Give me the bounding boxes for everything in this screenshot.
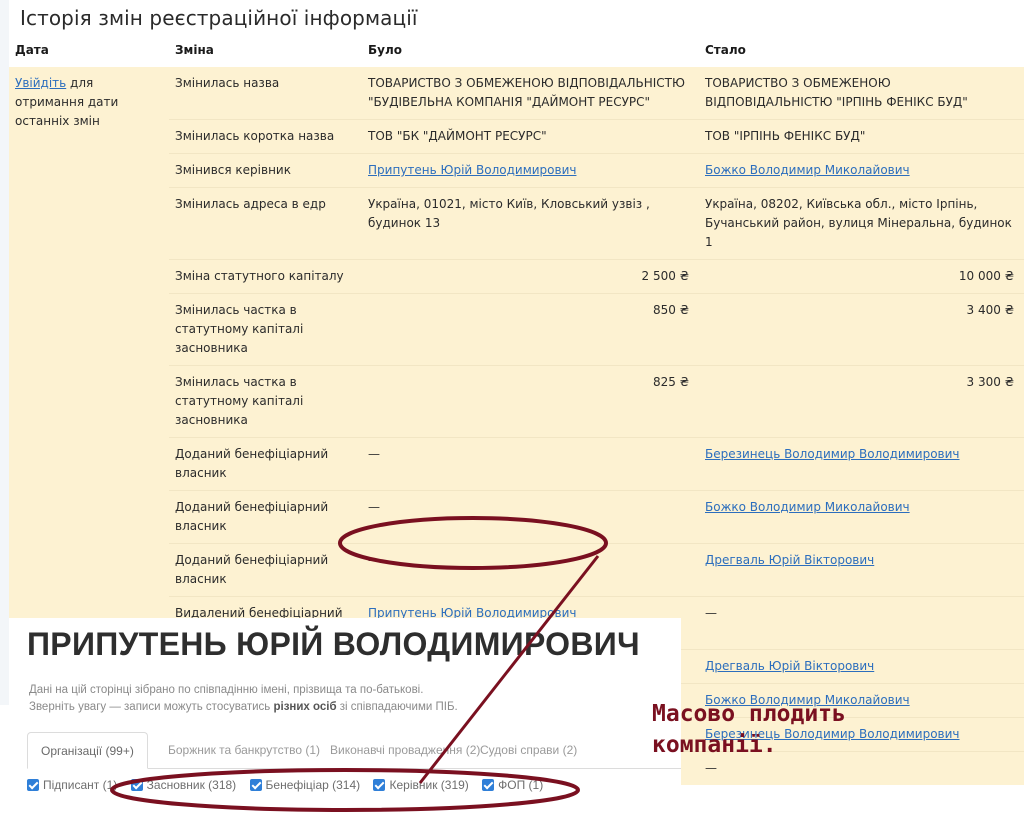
registration-history-section: Історія змін реєстраційної інформації Да…	[0, 0, 1024, 705]
name-match-note: Дані на цій сторінці зібрано по співпаді…	[29, 682, 458, 716]
filter-director-checkbox[interactable]: Керівник (319)	[373, 778, 468, 792]
change-type-cell: Змінився керівник	[169, 154, 362, 188]
role-filters: Підписант (1) Засновник (318) Бенефіціар…	[27, 778, 553, 794]
person-profile-panel: ПРИПУТЕНЬ ЮРІЙ ВОЛОДИМИРОВИЧ Дані на цій…	[9, 618, 681, 813]
table-row: Увійдіть для отримання дати останніх змі…	[9, 67, 1024, 120]
change-type-cell: Змінилась назва	[169, 67, 362, 120]
empty-value-dash: —	[368, 553, 380, 567]
before-value-cell: Україна, 01021, місто Київ, Кловський уз…	[362, 188, 699, 260]
after-value-cell: 3 300 ₴	[699, 366, 1024, 438]
checkbox-checked-icon[interactable]	[250, 779, 262, 791]
note-line-2: Зверніть увагу — записи можуть стосувати…	[29, 699, 458, 716]
filter-label: Керівник (319)	[389, 778, 468, 792]
filter-beneficiary-checkbox[interactable]: Бенефіціар (314)	[250, 778, 361, 792]
after-value-cell: ТОВ "ІРПІНЬ ФЕНІКС БУД"	[699, 120, 1024, 154]
checkbox-checked-icon[interactable]	[482, 779, 494, 791]
person-link[interactable]: Припутень Юрій Володимирович	[368, 163, 576, 177]
before-value-cell: ТОВАРИСТВО З ОБМЕЖЕНОЮ ВІДПОВІДАЛЬНІСТЮ …	[362, 67, 699, 120]
filter-fop-checkbox[interactable]: ФОП (1)	[482, 778, 543, 792]
person-link[interactable]: Дрегваль Юрій Вікторович	[705, 553, 874, 567]
checkbox-checked-icon[interactable]	[373, 779, 385, 791]
before-value-cell: —	[362, 544, 699, 597]
after-value-cell: —	[699, 597, 1024, 650]
before-value-cell: Припутень Юрій Володимирович	[362, 154, 699, 188]
after-value-cell: Божко Володимир Миколайович	[699, 491, 1024, 544]
profile-tabs: Організації (99+) Боржник та банкрутство…	[27, 732, 681, 769]
person-name: ПРИПУТЕНЬ ЮРІЙ ВОЛОДИМИРОВИЧ	[27, 626, 640, 663]
after-value-cell: Україна, 08202, Київська обл., місто Ірп…	[699, 188, 1024, 260]
before-value-cell: 850 ₴	[362, 294, 699, 366]
column-header-after: Стало	[699, 38, 1024, 67]
after-value-cell: Дрегваль Юрій Вікторович	[699, 650, 1024, 684]
change-type-cell: Доданий бенефіціарний власник	[169, 544, 362, 597]
before-value-cell: —	[362, 438, 699, 491]
history-title: Історія змін реєстраційної інформації	[20, 6, 418, 30]
annotation-line-1: Масово плодить	[652, 699, 846, 730]
column-header-before: Було	[362, 38, 699, 67]
note-emphasis: різних осіб	[273, 701, 336, 713]
person-link[interactable]: Божко Володимир Миколайович	[705, 500, 910, 514]
empty-value-dash: —	[705, 761, 717, 775]
after-value-cell: Березинець Володимир Володимирович	[699, 438, 1024, 491]
table-header-row: Дата Зміна Було Стало	[9, 38, 1024, 67]
before-value-cell: ТОВ "БК "ДАЙМОНТ РЕСУРС"	[362, 120, 699, 154]
change-type-cell: Змінилась адреса в едр	[169, 188, 362, 260]
change-type-cell: Змінилась коротка назва	[169, 120, 362, 154]
annotation-caption: Масово плодитькомпанії.	[652, 699, 846, 761]
column-header-date: Дата	[9, 38, 169, 67]
filter-label: Підписант (1)	[43, 778, 117, 792]
person-link[interactable]: Божко Володимир Миколайович	[705, 163, 910, 177]
filter-signatory-checkbox[interactable]: Підписант (1)	[27, 778, 117, 792]
before-value-cell: —	[362, 491, 699, 544]
after-value-cell: Дрегваль Юрій Вікторович	[699, 544, 1024, 597]
date-cell-login-prompt: Увійдіть для отримання дати останніх змі…	[9, 67, 169, 650]
checkbox-checked-icon[interactable]	[131, 779, 143, 791]
after-value-cell: 10 000 ₴	[699, 260, 1024, 294]
column-header-change: Зміна	[169, 38, 362, 67]
person-link[interactable]: Дрегваль Юрій Вікторович	[705, 659, 874, 673]
person-link[interactable]: Березинець Володимир Володимирович	[705, 447, 960, 461]
filter-label: Засновник (318)	[147, 778, 237, 792]
note-line-1: Дані на цій сторінці зібрано по співпаді…	[29, 682, 458, 699]
change-type-cell: Доданий бенефіціарний власник	[169, 491, 362, 544]
change-type-cell: Змінилась частка в статутному капіталі з…	[169, 294, 362, 366]
empty-value-dash: —	[705, 606, 717, 620]
checkbox-checked-icon[interactable]	[27, 779, 39, 791]
after-value-cell: 3 400 ₴	[699, 294, 1024, 366]
annotation-line-2: компанії.	[652, 730, 846, 761]
tab-organizations[interactable]: Організації (99+)	[27, 732, 148, 769]
change-type-cell: Доданий бенефіціарний власник	[169, 438, 362, 491]
before-value-cell: 825 ₴	[362, 366, 699, 438]
tab-court-cases[interactable]: Судові справи (2)	[467, 732, 590, 768]
filter-label: ФОП (1)	[498, 778, 543, 792]
change-type-cell: Змінилась частка в статутному капіталі з…	[169, 366, 362, 438]
before-value-cell: 2 500 ₴	[362, 260, 699, 294]
change-type-cell: Зміна статутного капіталу	[169, 260, 362, 294]
note-text: Зверніть увагу — записи можуть стосувати…	[29, 701, 273, 713]
after-value-cell: Божко Володимир Миколайович	[699, 154, 1024, 188]
empty-value-dash: —	[368, 500, 380, 514]
filter-founder-checkbox[interactable]: Засновник (318)	[131, 778, 237, 792]
after-value-cell: ТОВАРИСТВО З ОБМЕЖЕНОЮ ВІДПОВІДАЛЬНІСТЮ …	[699, 67, 1024, 120]
note-text: зі співпадаючими ПІБ.	[337, 701, 458, 713]
empty-value-dash: —	[368, 447, 380, 461]
filter-label: Бенефіціар (314)	[266, 778, 361, 792]
login-link[interactable]: Увійдіть	[15, 76, 66, 90]
tab-debtor-bankruptcy[interactable]: Боржник та банкрутство (1)	[155, 732, 333, 768]
